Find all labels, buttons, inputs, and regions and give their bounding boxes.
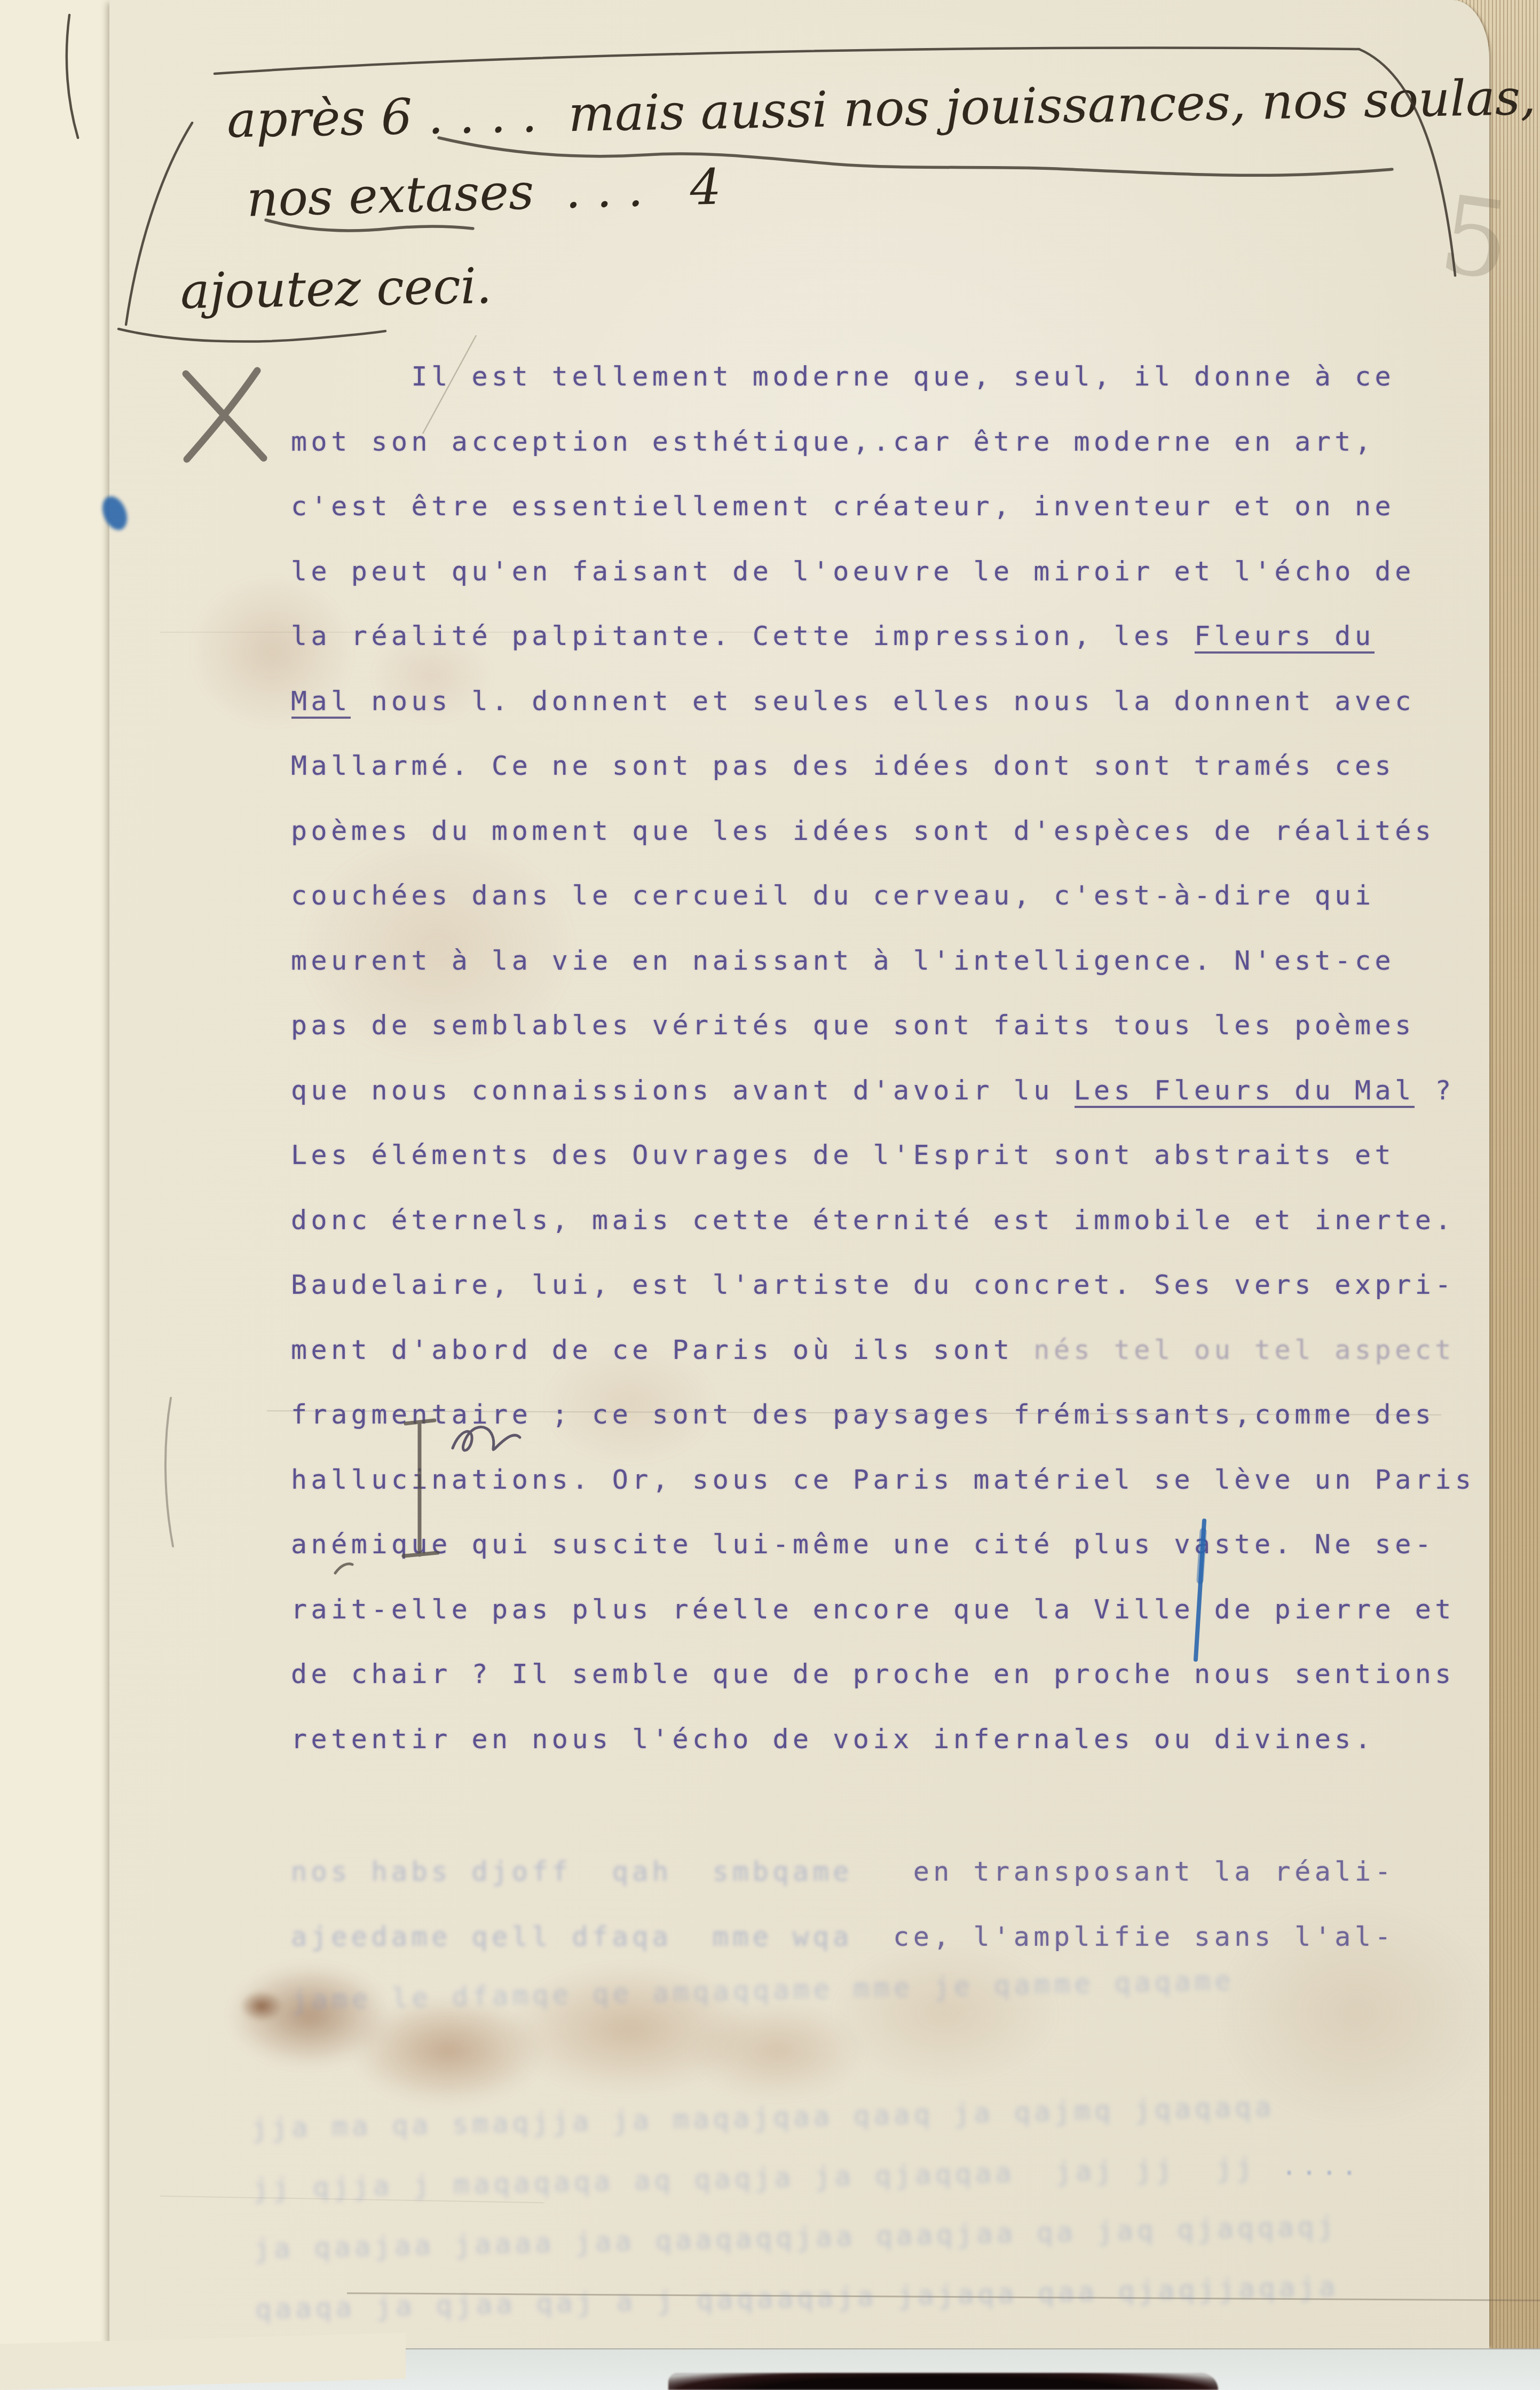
typed-line: Baudelaire, lui, est l'artiste du concre… (291, 1253, 1475, 1318)
typed-line: Mal nous l. donnent et seules elles nous… (291, 669, 1475, 734)
typed-line: ment d'abord de ce Paris où ils sont nés… (291, 1318, 1475, 1383)
typed-segment: poèmes du moment que les idées sont d'es… (291, 815, 1435, 846)
typed-line: mot son acception esthétique,.car être m… (291, 410, 1475, 475)
typed-segment: la réalité palpitante. Cette impression,… (291, 620, 1194, 651)
typed-segment: Les Fleurs du Mal (1074, 1075, 1415, 1106)
typed-segment: couchées dans le cercueil du cerveau, c'… (291, 880, 1375, 911)
typed-segment: Fleurs du (1194, 620, 1375, 651)
typed-segment: Mallarmé. Ce ne sont pas des idées dont … (291, 750, 1395, 781)
typed-segment: de chair ? Il semble que de proche en pr… (291, 1658, 1455, 1689)
typed-line: anémique qui suscite lui-même une cité p… (291, 1512, 1475, 1577)
typed-line: Mallarmé. Ce ne sont pas des idées dont … (291, 734, 1475, 799)
typed-segment: pas de semblables vérités que sont faits… (291, 1010, 1415, 1041)
typed-line: donc éternels, mais cette éternité est i… (291, 1188, 1475, 1253)
typed-line: de chair ? Il semble que de proche en pr… (291, 1642, 1475, 1707)
typed-segment: Baudelaire, lui, est l'artiste du concre… (291, 1269, 1455, 1300)
typescript-paragraph-main: Il est tellement moderne que, seul, il d… (291, 344, 1475, 1772)
typed-segment: Les éléments des Ouvrages de l'Esprit so… (291, 1139, 1395, 1170)
typed-segment: fragmentaire ; ce sont des paysages frém… (291, 1399, 1435, 1430)
typed-segment: ce, l'amplifie sans l'al- (893, 1921, 1395, 1952)
typed-segment: donc éternels, mais cette éternité est i… (291, 1205, 1455, 1236)
typed-segment: que nous connaissions avant d'avoir lu (291, 1075, 1074, 1106)
typed-line: Les éléments des Ouvrages de l'Esprit so… (291, 1123, 1475, 1188)
typed-segment: en transposant la réali- (913, 1856, 1395, 1887)
handwritten-annotation-line3: ajoutez ceci. (180, 257, 492, 320)
typed-line: fragmentaire ; ce sont des paysages frém… (291, 1382, 1475, 1448)
typed-segment: nés tel ou tel aspect (1033, 1334, 1455, 1365)
ghost-text-block: jja ma qa smaqjja ja maqajqaa qaaq ja qa… (251, 2075, 1340, 2339)
scan-background-gap (668, 2373, 1218, 2390)
typed-line: poèmes du moment que les idées sont d'es… (291, 799, 1475, 864)
typed-line: la réalité palpitante. Cette impression,… (291, 604, 1475, 669)
typed-line: couchées dans le cercueil du cerveau, c'… (291, 863, 1475, 929)
typed-line: pas de semblables vérités que sont faits… (291, 993, 1475, 1058)
typescript-paragraph-faded: nos habs djoff qah smbqame en transposan… (291, 1839, 1395, 1969)
stain-dark-spot (240, 1991, 283, 2022)
typed-line: rait-elle pas plus réelle encore que la … (291, 1577, 1475, 1642)
typed-segment: ajeedame qell dfaqa mme wqa (291, 1921, 893, 1952)
typed-segment: mot son acception esthétique,.car être m… (291, 426, 1375, 457)
typed-segment: nos habs djoff qah smbqame (291, 1856, 913, 1887)
typed-segment: nous l. donnent et seules elles nous la … (351, 686, 1415, 717)
scanned-manuscript-page: { "annotations": { "line1": "après 6 . .… (0, 0, 1540, 2390)
typed-segment: retentir en nous l'écho de voix infernal… (291, 1724, 1375, 1755)
typed-segment: ? (1415, 1075, 1455, 1106)
typed-line: nos habs djoff qah smbqame en transposan… (291, 1839, 1395, 1905)
typed-segment: meurent à la vie en naissant à l'intelli… (291, 945, 1395, 976)
typed-segment: anémique qui suscite lui-même une cité p… (291, 1529, 1435, 1560)
typed-line: Il est tellement moderne que, seul, il d… (291, 344, 1475, 410)
typed-segment: le peut qu'en faisant de l'oeuvre le mir… (291, 556, 1415, 587)
typed-segment: hallucinations. Or, sous ce Paris matéri… (291, 1464, 1475, 1495)
left-edge-tick-stroke (67, 15, 78, 138)
typed-line: le peut qu'en faisant de l'oeuvre le mir… (291, 539, 1475, 604)
typed-line: hallucinations. Or, sous ce Paris matéri… (291, 1448, 1475, 1513)
typed-segment: c'est être essentiellement créateur, inv… (291, 491, 1395, 522)
typed-segment: ment d'abord de ce Paris où ils sont (291, 1334, 1033, 1365)
typed-line: que nous connaissions avant d'avoir lu L… (291, 1058, 1475, 1123)
typed-line: retentir en nous l'écho de voix infernal… (291, 1707, 1475, 1772)
typed-line: c'est être essentiellement créateur, inv… (291, 474, 1475, 539)
typed-segment: rait-elle pas plus réelle encore que la … (291, 1594, 1455, 1625)
typed-segment: Il est tellement moderne que, seul, il d… (291, 361, 1395, 392)
typed-line: meurent à la vie en naissant à l'intelli… (291, 929, 1475, 994)
typed-segment: Mal (291, 686, 351, 717)
